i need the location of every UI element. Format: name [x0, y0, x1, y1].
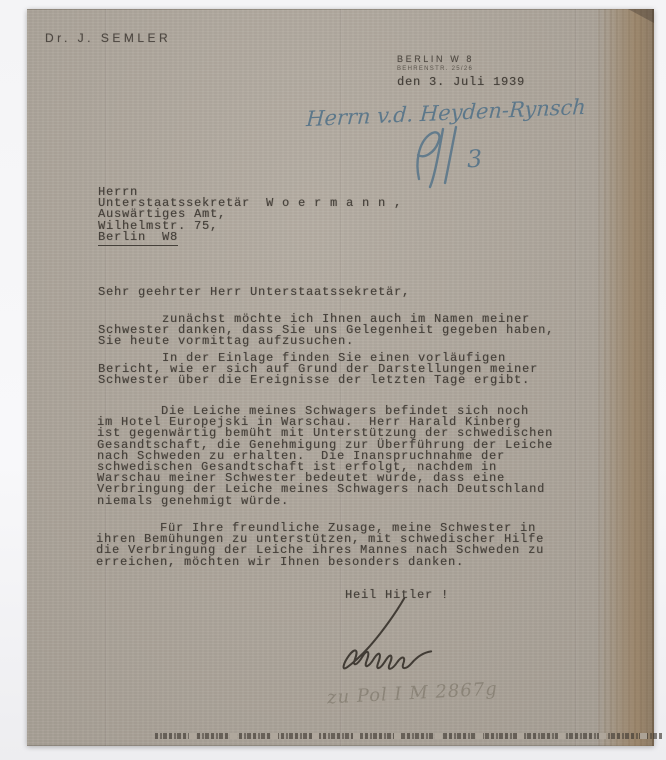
letter-paper: Dr. J. SEMLER BERLIN W 8 BEHRENSTR. 25/2…	[27, 9, 654, 746]
body-paragraph-4: Für Ihre freundliche Zusage, meine Schwe…	[96, 523, 544, 568]
cutoff-typed-line	[155, 733, 662, 739]
date-line: den 3. Juli 1939	[397, 77, 525, 88]
handwritten-paraph-number: 3	[466, 145, 483, 174]
letterhead-sender-name: Dr. J. SEMLER	[45, 31, 171, 45]
page-corner-shadow	[628, 9, 654, 23]
scanned-letter-page: { "document": { "letterhead": "Dr. J. SE…	[0, 0, 666, 760]
handwritten-paraph-scrawl	[409, 127, 469, 189]
letterhead-street: BEHRENSTR. 25/26	[397, 66, 473, 72]
recipient-city: Berlin W8	[98, 232, 178, 243]
signature-scrawl	[327, 595, 462, 675]
handwritten-routing-note: Herrn v.d. Heyden-Rynsch	[306, 95, 587, 131]
body-paragraph-3: Die Leiche meines Schwagers befindet sic…	[97, 406, 553, 507]
salutation: Sehr geehrter Herr Unterstaatssekretär,	[98, 287, 410, 298]
recipient-address: Herrn Unterstaatssekretär W o e r m a n …	[98, 187, 402, 232]
recipient-city-underlined: Berlin W8	[98, 230, 178, 246]
fold-line-right	[575, 9, 576, 746]
body-paragraph-1: zunächst möchte ich Ihnen auch im Namen …	[98, 314, 554, 348]
body-paragraph-2: In der Einlage finden Sie einen vorläufi…	[98, 353, 538, 387]
pencil-file-reference: zu Pol I M 2867g	[327, 679, 499, 709]
letterhead-city: BERLIN W 8	[397, 54, 474, 64]
binding-edge-strip	[598, 9, 654, 746]
